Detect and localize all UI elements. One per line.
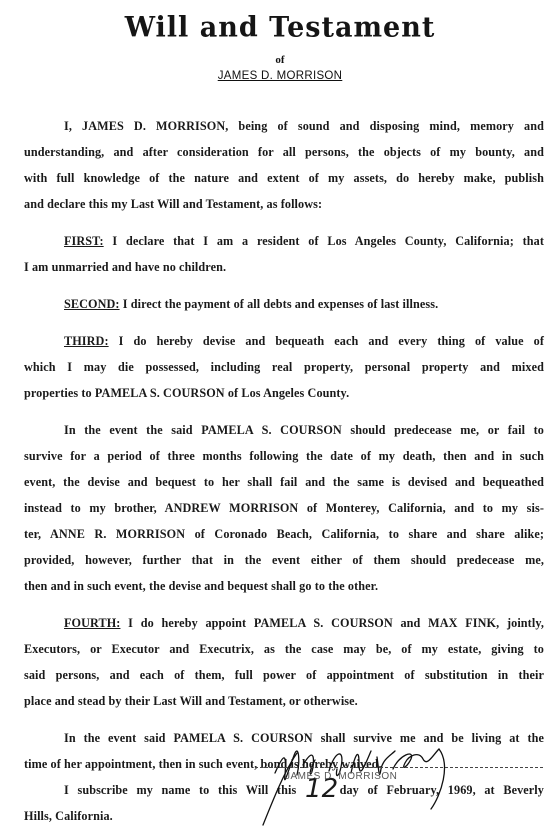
fourth-article: FOURTH: I do hereby appoint PAMELA S. CO…	[24, 610, 544, 714]
article-label: FIRST:	[64, 234, 104, 248]
text-line: said persons, and each of them, full pow…	[24, 662, 544, 688]
text-line: THIRD: I do hereby devise and bequeath e…	[24, 328, 544, 354]
will-body: I, JAMES D. MORRISON, being of sound and…	[24, 113, 544, 827]
text-line: instead to my brother, ANDREW MORRISON o…	[24, 495, 544, 521]
handwritten-signature-icon	[255, 745, 555, 827]
text-line: survive for a period of three months fol…	[24, 443, 544, 469]
article-label: THIRD:	[64, 334, 109, 348]
text-line: provided, however, further that in the e…	[24, 547, 544, 573]
first-article: FIRST: I declare that I am a resident of…	[24, 228, 544, 280]
signature-line	[255, 767, 543, 768]
second-article: SECOND: I direct the payment of all debt…	[24, 291, 544, 317]
text-line: properties to PAMELA S. COURSON of Los A…	[24, 380, 544, 406]
article-label: SECOND:	[64, 297, 120, 311]
testator-name-heading: JAMES D. MORRISON	[0, 70, 560, 82]
text-line: I am unmarried and have no children.	[24, 254, 544, 280]
testator-name: JAMES D. MORRISON	[218, 70, 343, 82]
text-line: with full knowledge of the nature and ex…	[24, 165, 544, 191]
text-line: In the event the said PAMELA S. COURSON …	[24, 417, 544, 443]
third-article: THIRD: I do hereby devise and bequeath e…	[24, 328, 544, 406]
text-line: then and in such event, the devise and b…	[24, 573, 544, 599]
intro-paragraph: I, JAMES D. MORRISON, being of sound and…	[24, 113, 544, 217]
text-line: place and stead by their Last Will and T…	[24, 688, 544, 714]
text-line: FOURTH: I do hereby appoint PAMELA S. CO…	[24, 610, 544, 636]
text-line: which I may die possessed, including rea…	[24, 354, 544, 380]
text-line: I, JAMES D. MORRISON, being of sound and…	[24, 113, 544, 139]
text-line: ter, ANNE R. MORRISON of Coronado Beach,…	[24, 521, 544, 547]
third-contingency-paragraph: In the event the said PAMELA S. COURSON …	[24, 417, 544, 599]
text-line: event, the devise and bequest to her sha…	[24, 469, 544, 495]
signature-printed-name: JAMES D. MORRISON	[285, 771, 397, 782]
title-of: of	[0, 54, 560, 66]
document-title: Will and Testament	[0, 11, 560, 44]
signature-block: JAMES D. MORRISON	[255, 745, 555, 827]
text-line: Executors, or Executor and Executrix, as…	[24, 636, 544, 662]
text-line: understanding, and after consideration f…	[24, 139, 544, 165]
text-line: and declare this my Last Will and Testam…	[24, 191, 544, 217]
article-label: FOURTH:	[64, 616, 120, 630]
text-line: SECOND: I direct the payment of all debt…	[24, 291, 544, 317]
text-line: FIRST: I declare that I am a resident of…	[24, 228, 544, 254]
